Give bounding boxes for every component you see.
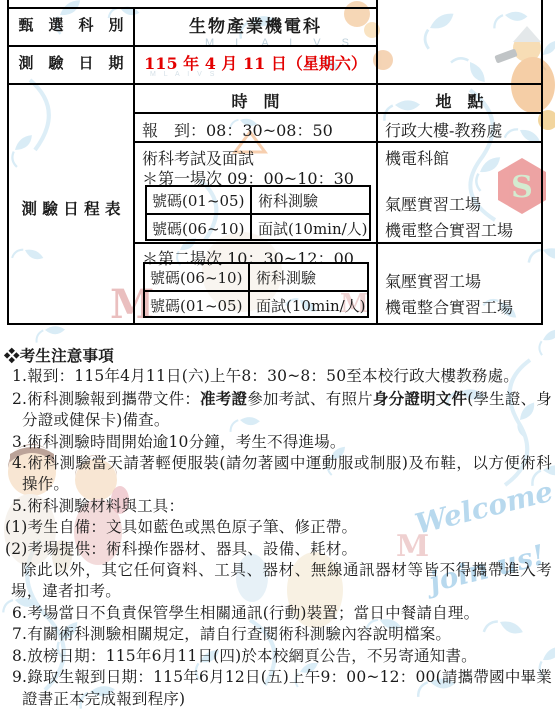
session1-row1-number: 號碼(01~05) — [152, 190, 244, 211]
selection-category-label: 甄 選 科 別 — [9, 14, 133, 35]
table-border-right — [541, 0, 543, 325]
session1-row1-activity: 術科測驗 — [258, 190, 318, 211]
table-border-row4 — [133, 141, 543, 143]
note-8: 8.放榜日期：115年6月11日(四)於本校網頁公告，不另寄通知書。 — [3, 646, 552, 667]
table-border-bottom — [7, 323, 543, 325]
session2-row1-activity: 術科測驗 — [256, 267, 316, 288]
session1-inner-rowline — [147, 213, 369, 215]
document-content: 甄 選 科 別 生物產業機電科 測 驗 日 期 115 年 4 月 11 日（星… — [0, 0, 555, 710]
checkin-time: 報 到：08：30~08：50 — [142, 118, 333, 141]
session2-row2-number: 號碼(01~05) — [150, 295, 242, 316]
table-border-top — [7, 7, 378, 9]
table-border-row3 — [133, 112, 543, 114]
note-5: 5.術科測驗材料與工具： — [3, 496, 552, 517]
notes-header: ❖考生注意事項 — [3, 345, 552, 366]
table-border-row5 — [133, 242, 543, 244]
table-border-row1 — [7, 45, 378, 47]
note-7: 7.有關術科測驗相關規定，請自行查閱術科測驗內容說明檔案。 — [3, 624, 552, 645]
candidate-notes-section: ❖考生注意事項 1.報到：115年4月11日(六)上午8：30~8：50至本校行… — [3, 345, 552, 710]
note-5-sub1: (1)考生自備：文具如藍色或黑色原子筆、修正帶。 — [3, 517, 552, 538]
session1-place1: 氣壓實習工場 — [385, 192, 481, 215]
note-1: 1.報到：115年4月11日(六)上午8：30~8：50至本校行政大樓教務處。 — [3, 366, 552, 387]
column-header-time: 時 間 — [135, 89, 376, 112]
session2-place1: 氣壓實習工場 — [385, 269, 481, 292]
test-date-label: 測 驗 日 期 — [9, 52, 133, 73]
note-9: 9.錄取生報到日期：115年6月12日(五)上午9：00~12：00(請攜帶國中… — [3, 667, 552, 710]
practical-exam-place: 機電科館 — [385, 146, 449, 169]
session2-row1-number: 號碼(06~10) — [150, 267, 242, 288]
note-2-bold-admission-ticket: 准考證 — [200, 389, 247, 408]
note-4: 4.術科測驗當天請著輕便服裝(請勿著國中運動服或制服)及布鞋，以方便術科操作。 — [3, 453, 552, 496]
note-2: 2.術科測驗報到攜帶文件：准考證參加考試、有照片身分證明文件(學生證、身分證或健… — [3, 388, 552, 432]
note-3: 3.術科測驗時間開始逾10分鐘，考生不得進場。 — [3, 432, 552, 453]
session1-row2-number: 號碼(06~10) — [152, 218, 244, 239]
note-2-text: 2.術科測驗報到攜帶文件： — [12, 390, 200, 408]
table-border-row2 — [7, 83, 543, 85]
note-6: 6.考場當日不負責保管學生相關通訊(行動)裝置；當日中餐請自理。 — [3, 603, 552, 624]
table-border-col2 — [376, 0, 378, 325]
session2-row2-activity: 面試(10min/人) — [256, 295, 366, 316]
column-header-place: 地 點 — [378, 89, 541, 112]
checkin-place: 行政大樓-教務處 — [385, 118, 502, 141]
note-2-text2: 參加考試、有照片 — [247, 390, 373, 408]
table-border-left — [7, 0, 9, 325]
selection-category-value: 生物產業機電科 — [135, 12, 376, 37]
session1-place2: 機電整合實習工場 — [385, 218, 513, 241]
document-page: S M M M M L A I V S M L A I V S Welcome … — [0, 0, 555, 710]
session1-row2-activity: 面試(10min/人) — [258, 218, 368, 239]
session2-inner-rowline — [145, 290, 367, 292]
note-5-sub2: (2)考場提供：術科操作器材、器具、設備、耗材。 — [3, 539, 552, 560]
test-date-value: 115 年 4 月 11 日（星期六） — [135, 51, 376, 74]
note-5-sub2-continuation: 除此以外，其它任何資料、工具、器材、無線通訊器材等皆不得攜帶進入考場，違者扣考。 — [3, 560, 552, 603]
session2-place2: 機電整合實習工場 — [385, 295, 513, 318]
note-2-bold-id-document: 身分證明文件 — [373, 389, 467, 408]
schedule-table-label: 測 驗 日 程 表 — [9, 197, 133, 219]
